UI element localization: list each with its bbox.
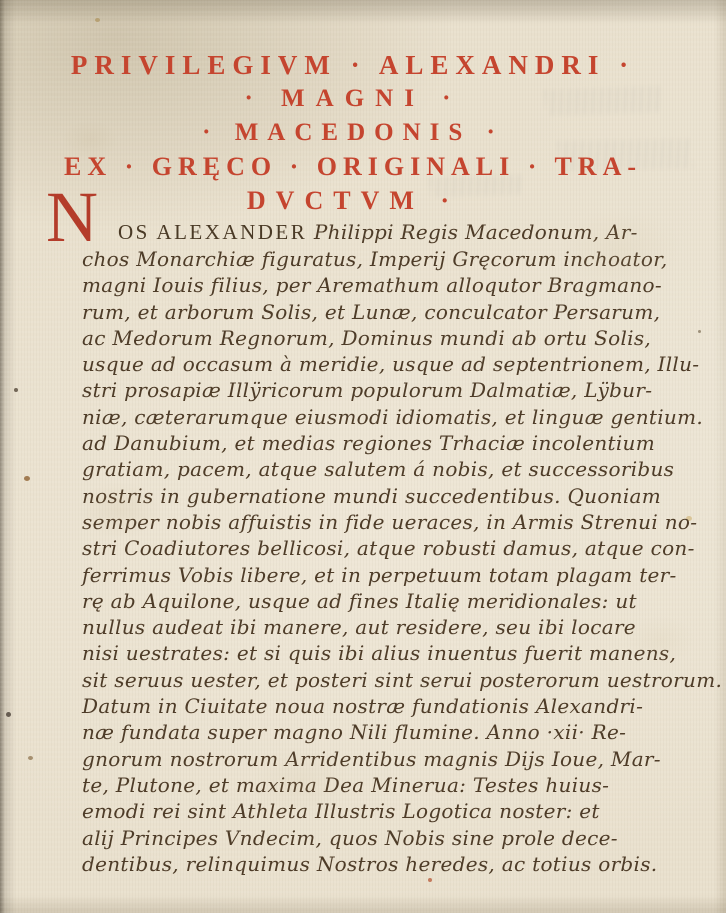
- title-line: · MACEDONIS ·: [50, 116, 656, 150]
- body-line: nisi uestrates: et si quis ibi alius inu…: [82, 641, 682, 667]
- body-line: magni Iouis filius, per Aremathum alloqu…: [82, 273, 682, 299]
- title-line: DVCTVM ·: [50, 184, 656, 218]
- body-line: stri Coadiutores bellicosi, atque robust…: [82, 536, 682, 562]
- first-line-text: Philippi Regis Macedonum, Ar-: [307, 220, 637, 244]
- foxing-spot: [24, 476, 30, 481]
- body-line: usque ad occasum à meridie, usque ad sep…: [82, 352, 682, 378]
- foxing-spot: [95, 18, 100, 22]
- body-text: chos Monarchiæ figuratus, Imperij Gręcor…: [82, 247, 682, 878]
- body-first-line: OS ALEXANDER Philippi Regis Macedonum, A…: [118, 220, 638, 245]
- body-line: nostris in gubernatione mundi succedenti…: [82, 484, 682, 510]
- body-line: gratiam, pacem, atque salutem á nobis, e…: [82, 457, 682, 483]
- title-line: PRIVILEGIVM · ALEXANDRI ·: [50, 48, 656, 82]
- foxing-spot: [6, 712, 11, 717]
- body-line: semper nobis affuistis in fide ueraces, …: [82, 510, 682, 536]
- body-line: ad Danubium, et medias regiones Trhaciæ …: [82, 431, 682, 457]
- body-line: emodi rei sint Athleta Illustris Logotic…: [82, 799, 682, 825]
- foxing-spot: [28, 756, 33, 760]
- body-line: te, Plutone, et maxima Dea Minerua: Test…: [82, 773, 682, 799]
- body-line: alij Principes Vndecim, quos Nobis sine …: [82, 826, 682, 852]
- rubric-title: PRIVILEGIVM · ALEXANDRI · · MAGNI · · MA…: [50, 48, 656, 218]
- body-line: stri prosapiæ Illÿricorum populorum Dalm…: [82, 378, 682, 404]
- body-line: dentibus, relinquimus Nostros heredes, a…: [82, 852, 682, 878]
- body-line: niæ, cæterarumque eiusmodi idiomatis, et…: [82, 405, 682, 431]
- body-line: ac Medorum Regnorum, Dominus mundi ab or…: [82, 326, 682, 352]
- foxing-spot: [14, 388, 18, 392]
- body-line: ferrimus Vobis libere, et in perpetuum t…: [82, 563, 682, 589]
- body-line: rę ab Aquilone, usque ad fines Italię me…: [82, 589, 682, 615]
- foxing-spot: [428, 878, 432, 882]
- manuscript-page: PRIVILEGIVM · ALEXANDRI · · MAGNI · · MA…: [0, 0, 726, 913]
- body-line: nullus audeat ibi manere, aut residere, …: [82, 615, 682, 641]
- body-line: næ fundata super magno Nili flumine. Ann…: [82, 720, 682, 746]
- body-line: gnorum nostrorum Arridentibus magnis Dij…: [82, 747, 682, 773]
- body-line: sit seruus uester, et posteri sint serui…: [82, 668, 682, 694]
- body-line: rum, et arborum Solis, et Lunæ, conculca…: [82, 300, 682, 326]
- foxing-spot: [698, 330, 701, 333]
- title-line: · MAGNI ·: [50, 82, 656, 116]
- incipit-caps: OS ALEXANDER: [118, 220, 307, 244]
- illuminated-initial: N: [46, 186, 98, 248]
- body-line: Datum in Ciuitate noua nostræ fundationi…: [82, 694, 682, 720]
- title-line: EX · GRĘCO · ORIGINALI · TRA-: [50, 150, 656, 184]
- body-line: chos Monarchiæ figuratus, Imperij Gręcor…: [82, 247, 682, 273]
